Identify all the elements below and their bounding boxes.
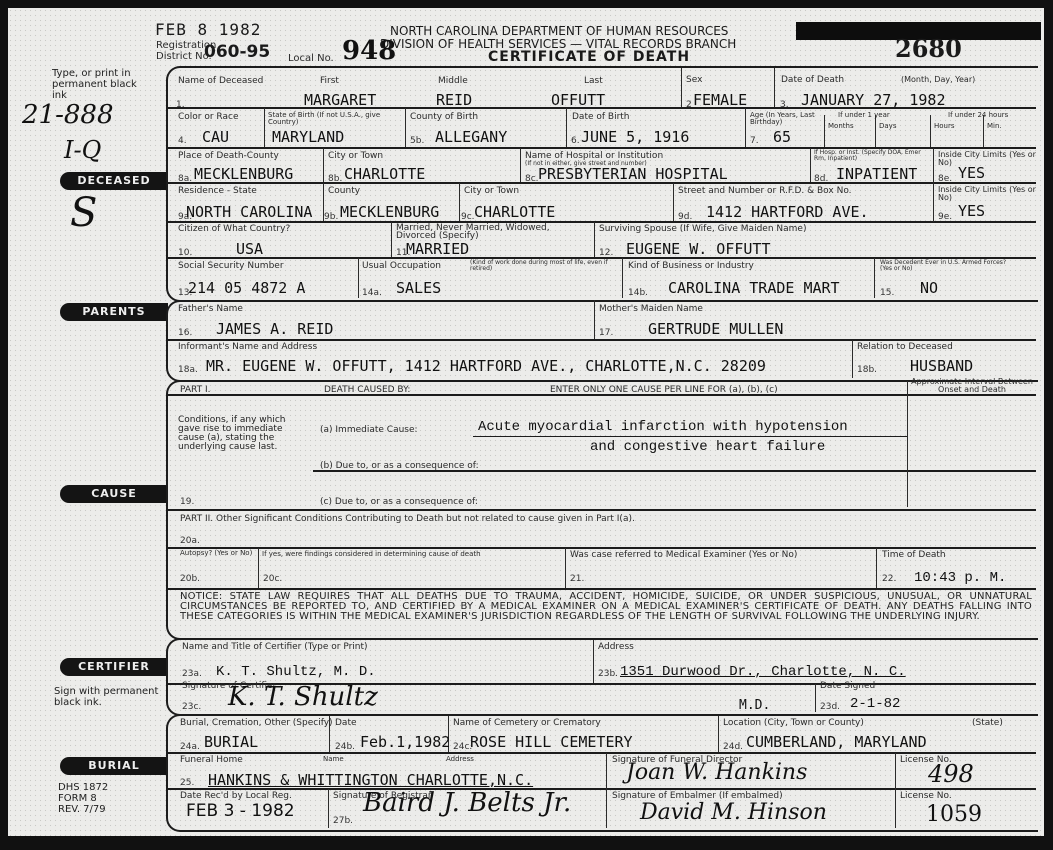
certifier-address-value: 1351 Durwood Dr., Charlotte, N. C. xyxy=(620,664,906,680)
state-label: (State) xyxy=(972,718,1003,728)
ink-instruction: Type, or print in permanent black ink xyxy=(52,68,142,101)
immediate-cause-line-1: Acute myocardial infarction with hypoten… xyxy=(478,419,848,435)
death-city-value: CHARLOTTE xyxy=(344,166,425,182)
mother-value: GERTRUDE MULLEN xyxy=(648,321,783,337)
received-stamp: FEB 8 1982 xyxy=(155,20,261,39)
name-label: Name of Deceased xyxy=(178,76,263,86)
birth-county-label: County of Birth xyxy=(410,112,478,122)
last-label: Last xyxy=(584,76,603,86)
res-county-value: MECKLENBURG xyxy=(340,204,439,220)
medical-examiner-label: Was case referred to Medical Examiner (Y… xyxy=(570,550,797,560)
funeral-home-address-label: Address xyxy=(446,756,474,763)
mother-label: Mother's Maiden Name xyxy=(599,304,703,314)
row-divider xyxy=(168,339,1036,341)
age-value: 65 xyxy=(773,129,791,145)
row-divider xyxy=(168,752,1036,754)
death-inside-city-value: YES xyxy=(958,165,985,181)
interval-label: Approximate Interval Between Onset and D… xyxy=(910,378,1034,394)
certificate-number: 2680 xyxy=(895,34,962,63)
sex-label: Sex xyxy=(686,75,702,85)
res-city-label: City or Town xyxy=(464,186,519,196)
citizen-label: Citizen of What Country? xyxy=(178,224,290,234)
date-of-death-value: JANUARY 27, 1982 xyxy=(801,92,946,108)
cemetery-label: Name of Cemetery or Crematory xyxy=(453,718,601,728)
father-value: JAMES A. REID xyxy=(216,321,333,337)
form-id-2: FORM 8 xyxy=(58,793,97,804)
date-of-birth-label: Date of Birth xyxy=(572,112,630,122)
director-license-value: 498 xyxy=(928,760,974,788)
location-value: CUMBERLAND, MARYLAND xyxy=(746,734,927,750)
under-day-label: If under 24 hours xyxy=(948,112,1008,119)
form-id-3: REV. 7/79 xyxy=(58,804,106,815)
ssn-value: 214 05 4872 A xyxy=(188,280,305,296)
death-inside-city-label: Inside City Limits (Yes or No) xyxy=(938,151,1036,167)
business-value: CAROLINA TRADE MART xyxy=(668,280,840,296)
row-divider xyxy=(168,547,1036,549)
handwritten-note-2: I-Q xyxy=(64,136,101,164)
birth-county-value: ALLEGANY xyxy=(435,129,507,145)
res-inside-city-label: Inside City Limits (Yes or No) xyxy=(938,186,1036,202)
immediate-cause-label: (a) Immediate Cause: xyxy=(320,425,418,435)
death-county-value: MECKLENBURG xyxy=(194,166,293,182)
row-divider xyxy=(168,221,1036,223)
last-name-value: OFFUTT xyxy=(551,92,605,108)
father-label: Father's Name xyxy=(178,304,243,314)
days-label: Days xyxy=(879,123,896,130)
res-county-label: County xyxy=(328,186,360,196)
date-of-death-label: Date of Death xyxy=(781,75,844,85)
ssn-label: Social Security Number xyxy=(178,261,284,271)
certifier-name-value: K. T. Shultz, M. D. xyxy=(216,664,376,680)
under-year-label: If under 1 year xyxy=(838,112,890,119)
middle-label: Middle xyxy=(438,76,468,86)
certifier-address-label: Address xyxy=(598,642,634,652)
burial-date-label: Date xyxy=(335,718,357,728)
hospital-value: PRESBYTERIAN HOSPITAL xyxy=(538,166,728,182)
time-of-death-value: 10:43 p. M. xyxy=(914,570,1006,586)
director-signature: Joan W. Hankins xyxy=(626,760,807,785)
autopsy-label: Autopsy? (Yes or No) xyxy=(180,550,254,557)
spouse-value: EUGENE W. OFFUTT xyxy=(626,241,771,257)
tab-burial: BURIAL xyxy=(60,757,168,775)
death-caused-by-label: DEATH CAUSED BY: xyxy=(324,385,410,395)
tab-certifier: CERTIFIER xyxy=(60,658,168,676)
race-value: CAU xyxy=(202,129,229,145)
date-signed-value: 2-1-82 xyxy=(850,696,900,712)
embalmer-signature: David M. Hinson xyxy=(640,800,827,825)
row-divider xyxy=(168,588,1036,590)
conditions-note: Conditions, if any which gave rise to im… xyxy=(178,416,288,452)
age-label: Age (In Years, Last Birthday) xyxy=(750,112,822,126)
page-title: CERTIFICATE OF DEATH xyxy=(488,51,690,64)
middle-name-value: REID xyxy=(436,92,472,108)
tab-cause: CAUSE xyxy=(60,485,168,503)
local-label: Local No. xyxy=(288,54,334,64)
occupation-label: Usual Occupation xyxy=(362,261,441,271)
certifier-name-label: Name and Title of Certifier (Type or Pri… xyxy=(182,642,368,652)
occupation-value: SALES xyxy=(396,280,441,296)
certifier-signature: K. T. Shultz xyxy=(228,682,378,712)
tab-deceased: DECEASED xyxy=(60,172,168,190)
date-signed-label: Date Signed xyxy=(820,681,875,691)
birth-state-value: MARYLAND xyxy=(272,129,344,145)
funeral-home-value: HANKINS & WHITTINGTON CHARLOTTE,N.C. xyxy=(208,772,533,788)
registrar-signature: Baird J. Belts Jr. xyxy=(363,788,571,818)
medical-examiner-notice: NOTICE: STATE LAW REQUIRES THAT ALL DEAT… xyxy=(180,592,1032,622)
hosp-status-value: INPATIENT xyxy=(836,166,917,182)
handwritten-note-1: 21-888 xyxy=(22,100,114,130)
time-of-death-label: Time of Death xyxy=(882,550,946,560)
cause-c-label: (c) Due to, or as a consequence of: xyxy=(320,497,478,507)
informant-value: MR. EUGENE W. OFFUTT, 1412 HARTFORD AVE.… xyxy=(206,358,766,374)
cause-b-label: (b) Due to, or as a consequence of: xyxy=(320,461,479,471)
citizen-value: USA xyxy=(236,241,263,257)
min-label: Min. xyxy=(987,123,1002,130)
hours-label: Hours xyxy=(934,123,955,130)
res-inside-city-value: YES xyxy=(958,203,985,219)
res-state-label: Residence - State xyxy=(178,186,257,196)
relation-label: Relation to Deceased xyxy=(857,342,953,352)
date-format-label: (Month, Day, Year) xyxy=(901,75,975,85)
armed-label: Was Decedent Ever in U.S. Armed Forces? … xyxy=(880,260,1020,272)
findings-label: If yes, were findings considered in dete… xyxy=(262,551,481,558)
form-id-1: DHS 1872 xyxy=(58,782,108,793)
res-city-value: CHARLOTTE xyxy=(474,204,555,220)
cause-a-underline xyxy=(473,436,907,437)
sex-value: FEMALE xyxy=(693,92,747,108)
disposition-value: BURIAL xyxy=(204,734,258,750)
months-label: Months xyxy=(828,123,854,130)
funeral-home-label: Funeral Home xyxy=(180,755,243,765)
certificate-document: FEB 8 1982 Registration District No. 060… xyxy=(8,8,1044,836)
first-name-value: MARGARET xyxy=(304,92,376,108)
marital-value: MARRIED xyxy=(406,241,469,257)
funeral-home-name-label: Name xyxy=(323,756,344,763)
tab-parents: PARENTS xyxy=(60,303,168,321)
informant-label: Informant's Name and Address xyxy=(178,342,317,352)
immediate-cause-line-2: and congestive heart failure xyxy=(590,439,825,455)
first-label: First xyxy=(320,76,339,86)
death-city-label: City or Town xyxy=(328,151,383,161)
embalmer-license-value: 1059 xyxy=(926,802,982,827)
street-label: Street and Number or R.F.D. & Box No. xyxy=(678,186,852,196)
embalmer-license-label: License No. xyxy=(900,791,952,801)
disposition-label: Burial, Cremation, Other (Specify) xyxy=(180,718,333,728)
handwritten-note-3: S xyxy=(70,190,97,236)
burial-date-value: Feb.1,1982 xyxy=(360,734,450,750)
row-divider xyxy=(168,509,1036,511)
sign-instruction: Sign with permanent black ink. xyxy=(54,686,164,708)
part-2-label: PART II. Other Significant Conditions Co… xyxy=(180,514,635,524)
received-date-value: FEB 3 - 1982 xyxy=(186,803,295,819)
date-of-birth-value: JUNE 5, 1916 xyxy=(581,129,689,145)
part-1-label: PART I. xyxy=(180,385,210,395)
received-label: Date Rec'd by Local Reg. xyxy=(180,791,292,801)
birth-state-label: State of Birth (If not U.S.A., give Coun… xyxy=(268,112,398,126)
occupation-sublabel: (Kind of work done during most of life, … xyxy=(470,260,610,272)
armed-value: NO xyxy=(920,280,938,296)
spouse-label: Surviving Spouse (If Wife, Give Maiden N… xyxy=(599,224,806,234)
race-label: Color or Race xyxy=(178,112,238,122)
res-state-value: NORTH CAROLINA xyxy=(186,204,312,220)
relation-value: HUSBAND xyxy=(910,358,973,374)
street-value: 1412 HARTFORD AVE. xyxy=(706,204,869,220)
death-county-label: Place of Death-County xyxy=(178,151,279,161)
business-label: Kind of Business or Industry xyxy=(628,261,754,271)
cemetery-value: ROSE HILL CEMETERY xyxy=(470,734,633,750)
location-label: Location (City, Town or County) xyxy=(723,718,864,728)
md-suffix: M.D. xyxy=(739,698,770,714)
marital-label: Married, Never Married, Widowed, Divorce… xyxy=(396,224,586,240)
district-number: 060-95 xyxy=(204,42,270,62)
hosp-status-label: If Hosp. or Inst. (Specify DOA, Emer Rm,… xyxy=(814,150,932,162)
one-cause-instruction: ENTER ONLY ONE CAUSE PER LINE FOR (a), (… xyxy=(550,385,778,395)
